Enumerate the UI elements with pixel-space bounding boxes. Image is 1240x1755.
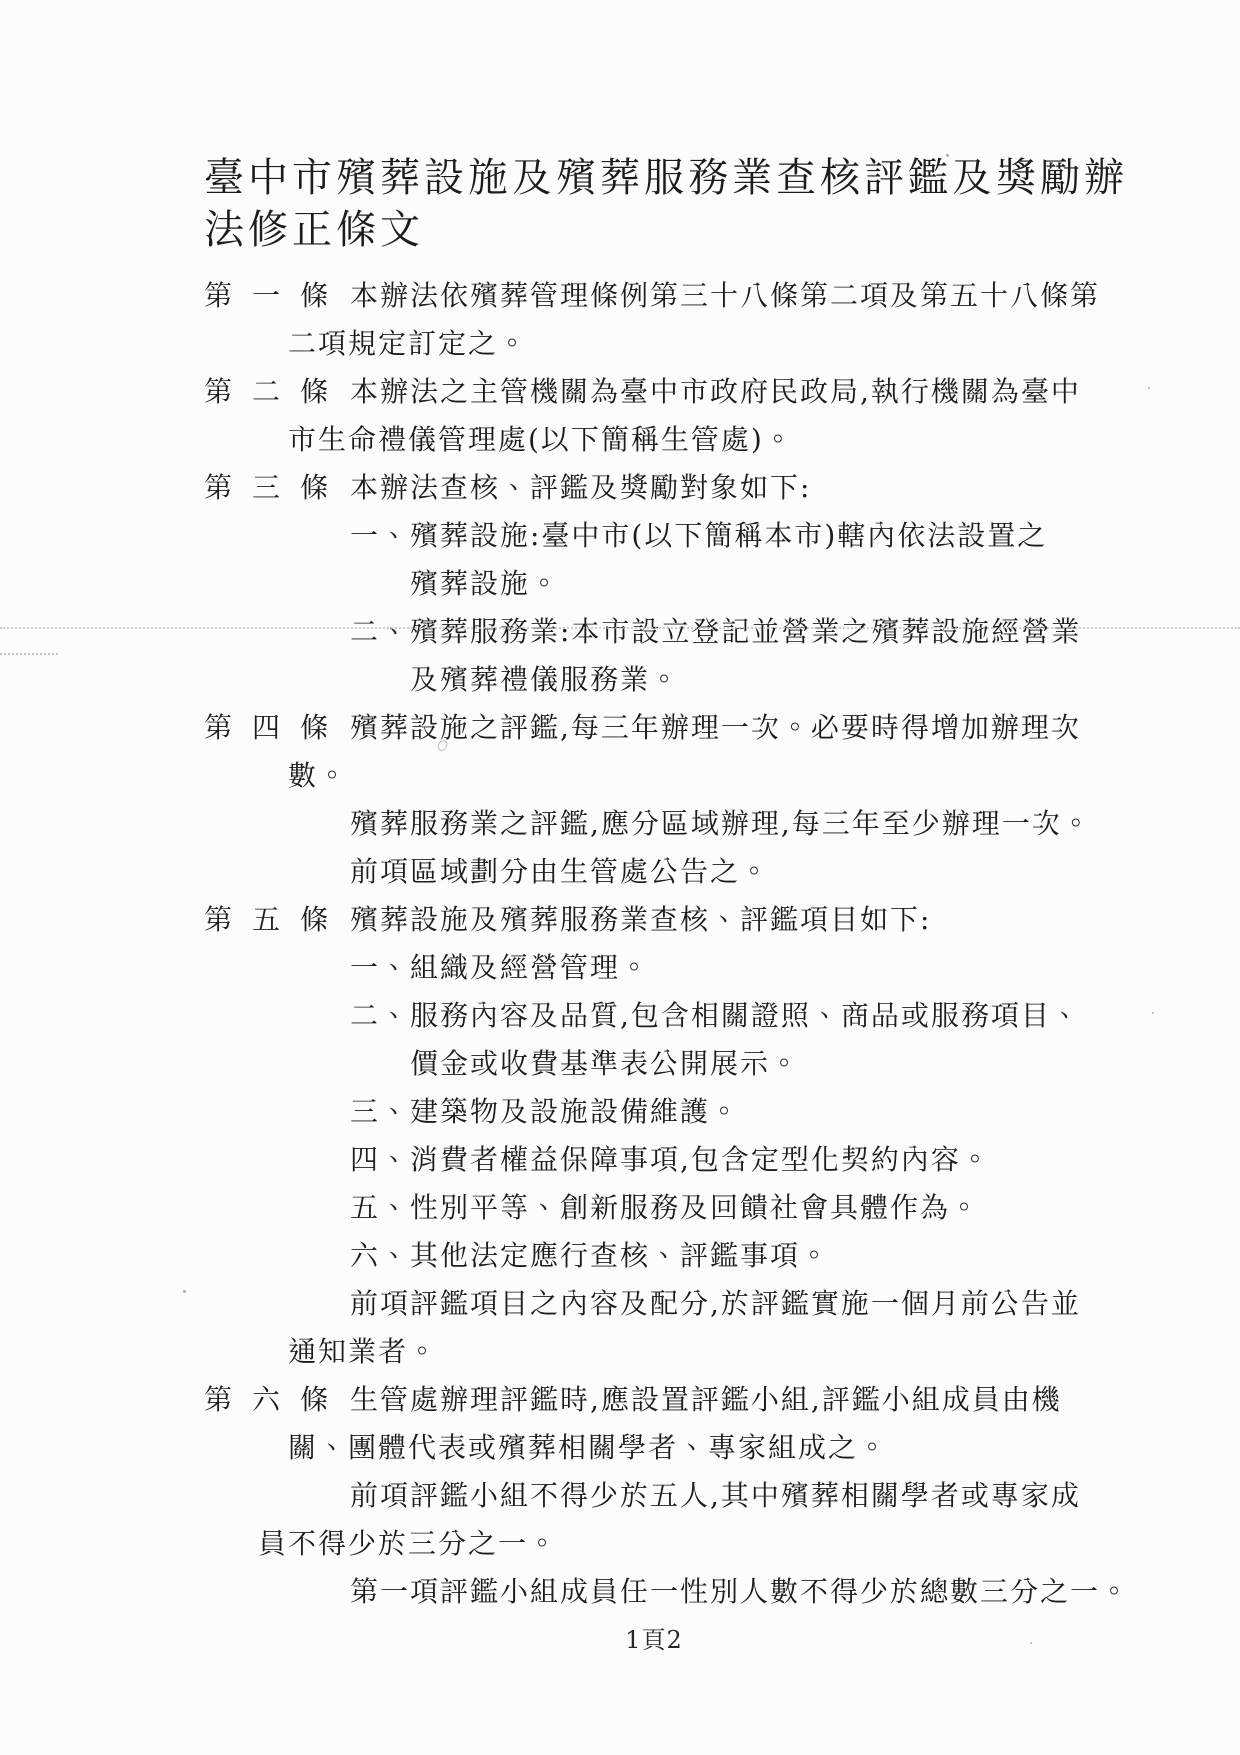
article-number: 第二條 (204, 368, 350, 416)
article-number: 第五條 (204, 896, 350, 944)
article-number: 第三條 (204, 464, 350, 512)
article-number: 第六條 (204, 1376, 350, 1424)
list-item-line: 一、組織及經營管理。 (350, 944, 1240, 992)
paragraph-line: 前項區域劃分由生管處公告之。 (350, 848, 1240, 896)
text-line: 關、團體代表或殯葬相關學者、專家組成之。 (288, 1424, 1240, 1472)
article-line: 第三條本辦法查核、評鑑及獎勵對象如下: (204, 464, 1240, 512)
list-item-continuation: 價金或收費基準表公開展示。 (410, 1040, 1240, 1088)
paragraph-line: 前項評鑑小組不得少於五人,其中殯葬相關學者或專家成 (350, 1472, 1240, 1520)
paragraph-line: 第一項評鑑小組成員任一性別人數不得少於總數三分之一。 (350, 1568, 1240, 1616)
document-title-line-1: 臺中市殯葬設施及殯葬服務業查核評鑑及獎勵辦 (204, 152, 1240, 204)
list-item-line: 五、性別平等、創新服務及回饋社會具體作為。 (350, 1184, 1240, 1232)
list-item-line: 三、建築物及設施設備維護。 (350, 1088, 1240, 1136)
text-line: 數。 (288, 752, 1240, 800)
article-line: 第五條殯葬設施及殯葬服務業查核、評鑑項目如下: (204, 896, 1240, 944)
list-item-line: 六、其他法定應行查核、評鑑事項。 (350, 1232, 1240, 1280)
paragraph-line: 殯葬服務業之評鑑,應分區域辦理,每三年至少辦理一次。 (350, 800, 1240, 848)
page-number: 1頁2 (204, 1620, 1104, 1655)
text-line: 員不得少於三分之一。 (258, 1520, 1240, 1568)
scan-artifact-speck (1030, 1642, 1032, 1644)
article-line: 第四條殯葬設施之評鑑,每三年辦理一次。必要時得增加辦理次 (204, 704, 1240, 752)
line-text: 生管處辦理評鑑時,應設置評鑑小組,評鑑小組成員由機 (350, 1383, 1062, 1416)
line-text: 本辦法之主管機關為臺中市政府民政局,執行機關為臺中 (350, 375, 1081, 408)
article-number: 第四條 (204, 704, 350, 752)
article-number: 第一條 (204, 272, 350, 320)
line-text: 本辦法查核、評鑑及獎勵對象如下: (350, 471, 811, 504)
scan-artifact-speck (1148, 387, 1150, 389)
line-text: 殯葬設施之評鑑,每三年辦理一次。必要時得增加辦理次 (350, 711, 1081, 744)
text-line: 二項規定訂定之。 (288, 320, 1240, 368)
article-line: 第二條本辦法之主管機關為臺中市政府民政局,執行機關為臺中 (204, 368, 1240, 416)
line-text: 殯葬設施及殯葬服務業查核、評鑑項目如下: (350, 903, 931, 936)
article-line: 第一條本辦法依殯葬管理條例第三十八條第二項及第五十八條第 (204, 272, 1240, 320)
scan-artifact-speck (946, 154, 949, 157)
document-body: 第一條本辦法依殯葬管理條例第三十八條第二項及第五十八條第 二項規定訂定之。 第二… (204, 272, 1240, 1616)
scanned-document-page: 臺中市殯葬設施及殯葬服務業查核評鑑及獎勵辦 法修正條文 第一條本辦法依殯葬管理條… (0, 0, 1240, 1755)
document-title-line-2: 法修正條文 (204, 204, 1240, 256)
article-line: 第六條生管處辦理評鑑時,應設置評鑑小組,評鑑小組成員由機 (204, 1376, 1240, 1424)
line-text: 本辦法依殯葬管理條例第三十八條第二項及第五十八條第 (350, 279, 1100, 312)
list-item-line: 四、消費者權益保障事項,包含定型化契約內容。 (350, 1136, 1240, 1184)
list-item-line: 一、殯葬設施:臺中市(以下簡稱本市)轄內依法設置之 (350, 512, 1240, 560)
scan-artifact-speck (1152, 1012, 1154, 1014)
scan-artifact-dotted-line (0, 627, 1240, 629)
document-title: 臺中市殯葬設施及殯葬服務業查核評鑑及獎勵辦 法修正條文 (204, 152, 1240, 256)
scan-artifact-dotted-segment (0, 653, 58, 655)
text-line: 通知業者。 (288, 1328, 1240, 1376)
list-item-continuation: 及殯葬禮儀服務業。 (410, 656, 1240, 704)
scan-artifact-speck (183, 1290, 186, 1293)
text-line: 市生命禮儀管理處(以下簡稱生管處)。 (288, 416, 1240, 464)
list-item-line: 二、服務內容及品質,包含相關證照、商品或服務項目、 (350, 992, 1240, 1040)
paragraph-line: 前項評鑑項目之內容及配分,於評鑑實施一個月前公告並 (350, 1280, 1240, 1328)
list-item-line: 二、殯葬服務業:本市設立登記並營業之殯葬設施經營業 (350, 608, 1240, 656)
list-item-continuation: 殯葬設施。 (410, 560, 1240, 608)
